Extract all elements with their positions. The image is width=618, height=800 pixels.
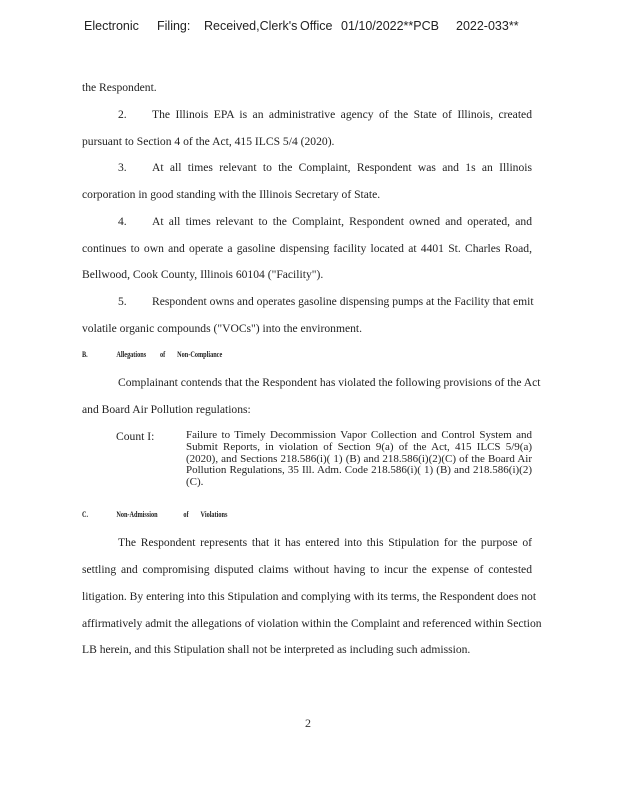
para-5-text: Respondent owns and operates gasoline di…	[152, 295, 534, 308]
para-5-line-1: 5.Respondent owns and operates gasoline …	[82, 295, 532, 308]
header-filing: Filing:	[157, 19, 190, 33]
para-3-text: At all times relevant to the Complaint, …	[152, 161, 532, 174]
section-c-heading: C.Non-AdmissionofViolations	[82, 510, 433, 519]
para-3-number: 3.	[118, 161, 152, 174]
para-3-line-1: 3.At all times relevant to the Complaint…	[82, 161, 532, 174]
count-text: Failure to Timely Decommission Vapor Col…	[186, 430, 532, 489]
header-office: Office	[300, 19, 332, 33]
section-b-title-2: of	[160, 350, 177, 359]
para-5-line-2: volatile organic compounds ("VOCs") into…	[82, 322, 532, 335]
header-received: Received,Clerk's	[204, 19, 297, 33]
intro-line: the Respondent.	[82, 81, 532, 94]
para-b-line-1: Complainant contends that the Respondent…	[82, 376, 532, 389]
para-b-line-2: and Board Air Pollution regulations:	[82, 403, 532, 416]
para-c-line-2: settling and compromising disputed claim…	[82, 563, 532, 576]
section-b-heading: B.AllegationsofNon-Compliance	[82, 350, 433, 359]
header-case-number: 2022-033**	[456, 19, 519, 33]
section-b-title-3: Non-Compliance	[177, 350, 222, 359]
count-label: Count I:	[116, 430, 154, 443]
header-electronic: Electronic	[84, 19, 139, 33]
section-c-title-1: Non-Admission	[116, 510, 183, 519]
para-4-line-1: 4.At all times relevant to the Complaint…	[82, 215, 532, 228]
section-c-letter: C.	[82, 510, 116, 519]
para-2-line-1: 2.The Illinois EPA is an administrative …	[82, 108, 532, 121]
para-4-number: 4.	[118, 215, 152, 228]
para-c-line-5: LB herein, and this Stipulation shall no…	[82, 643, 532, 656]
section-b-letter: B.	[82, 350, 116, 359]
para-c-line-3: litigation. By entering into this Stipul…	[82, 590, 532, 603]
para-4-text: At all times relevant to the Complaint, …	[152, 215, 532, 228]
para-5-number: 5.	[118, 295, 152, 308]
para-c-line-1: The Respondent represents that it has en…	[82, 536, 532, 549]
section-b-title-1: Allegations	[116, 350, 160, 359]
para-4-line-2: continues to own and operate a gasoline …	[82, 242, 532, 255]
e-filing-header: Electronic Filing: Received,Clerk's Offi…	[84, 19, 544, 39]
para-2-number: 2.	[118, 108, 152, 121]
para-c-line-4: affirmatively admit the allegations of v…	[82, 617, 532, 630]
para-2-line-2: pursuant to Section 4 of the Act, 415 IL…	[82, 135, 532, 148]
header-date: 01/10/2022**PCB	[341, 19, 439, 33]
para-2-text: The Illinois EPA is an administrative ag…	[152, 108, 532, 121]
para-3-line-2: corporation in good standing with the Il…	[82, 188, 532, 201]
section-c-title-2: of	[183, 510, 200, 519]
page-number: 2	[305, 716, 311, 731]
para-4-line-3: Bellwood, Cook County, Illinois 60104 ("…	[82, 268, 532, 281]
section-c-title-3: Violations	[201, 510, 228, 519]
